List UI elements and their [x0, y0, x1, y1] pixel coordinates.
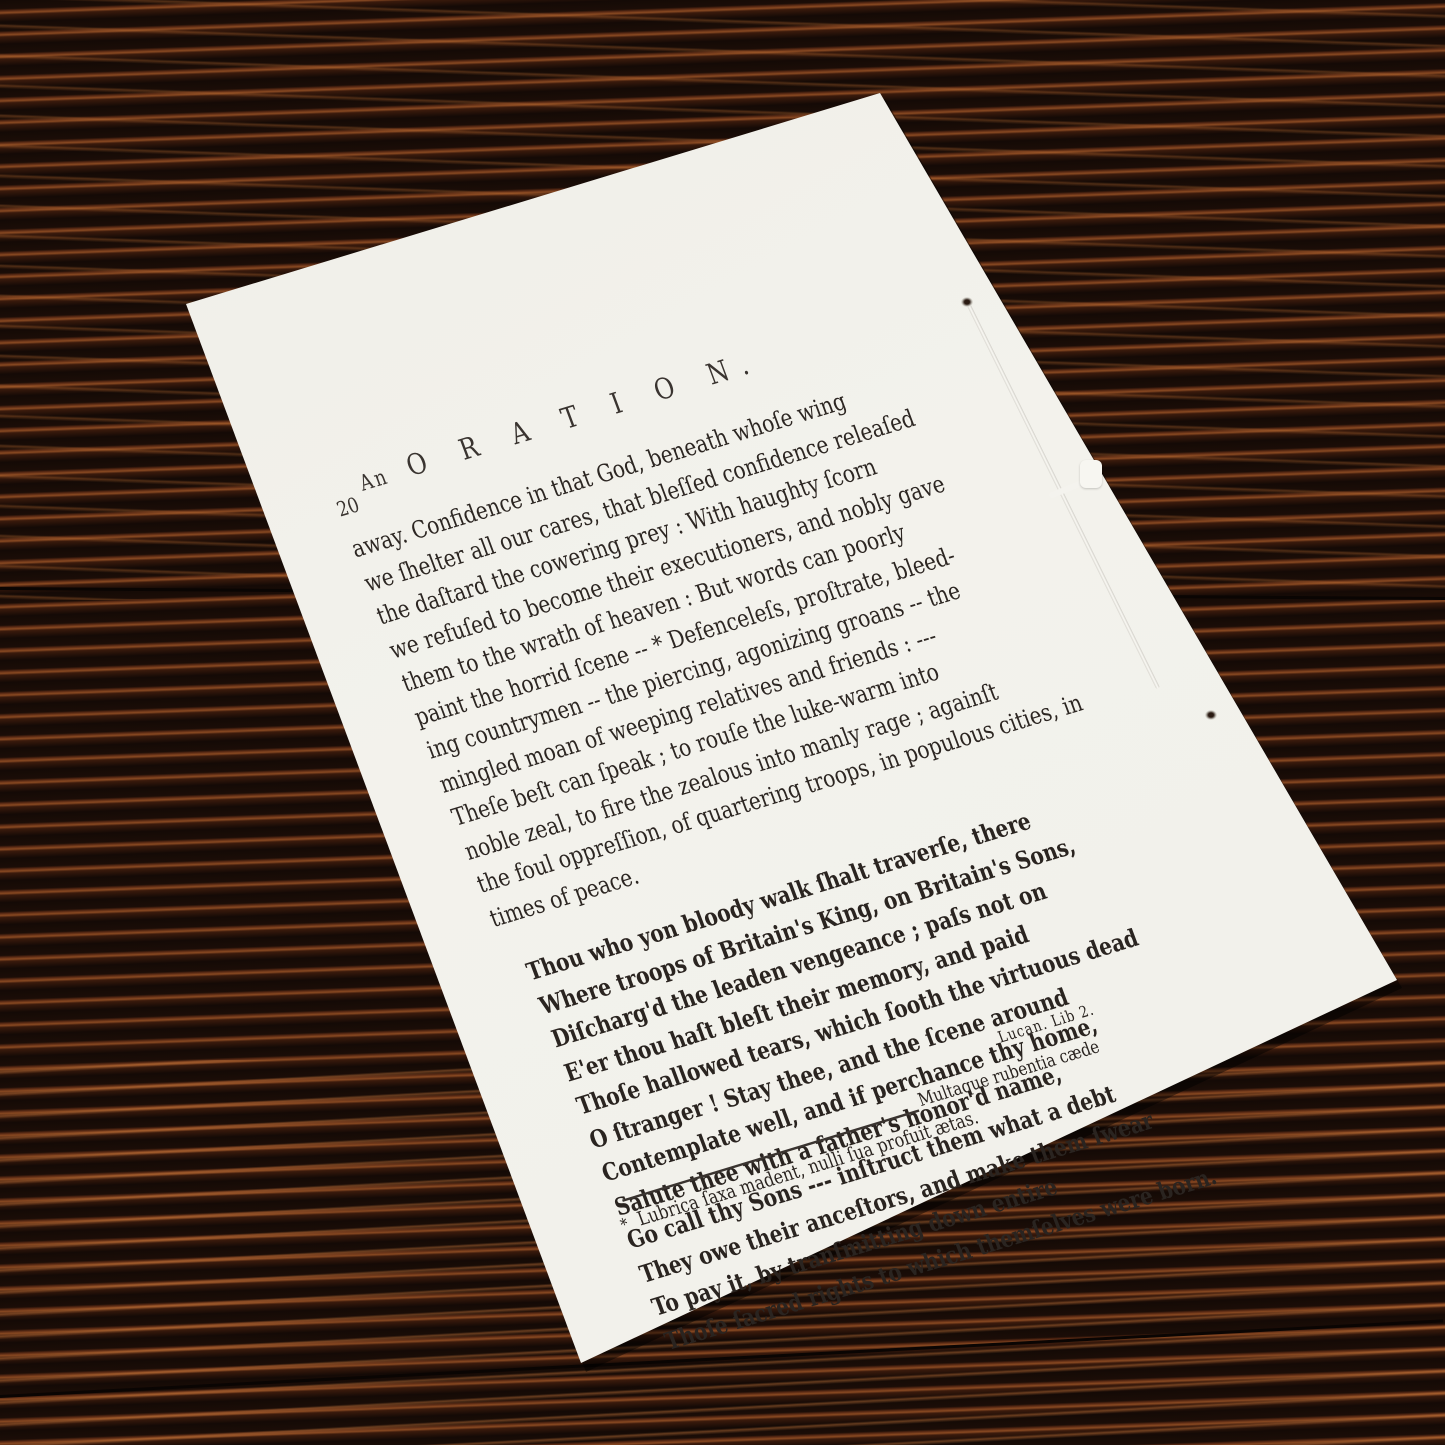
title-prefix: An	[356, 464, 392, 496]
binding-hole-bottom	[1205, 710, 1217, 720]
thread-knot	[1080, 460, 1102, 488]
binding-hole-top	[961, 297, 973, 307]
